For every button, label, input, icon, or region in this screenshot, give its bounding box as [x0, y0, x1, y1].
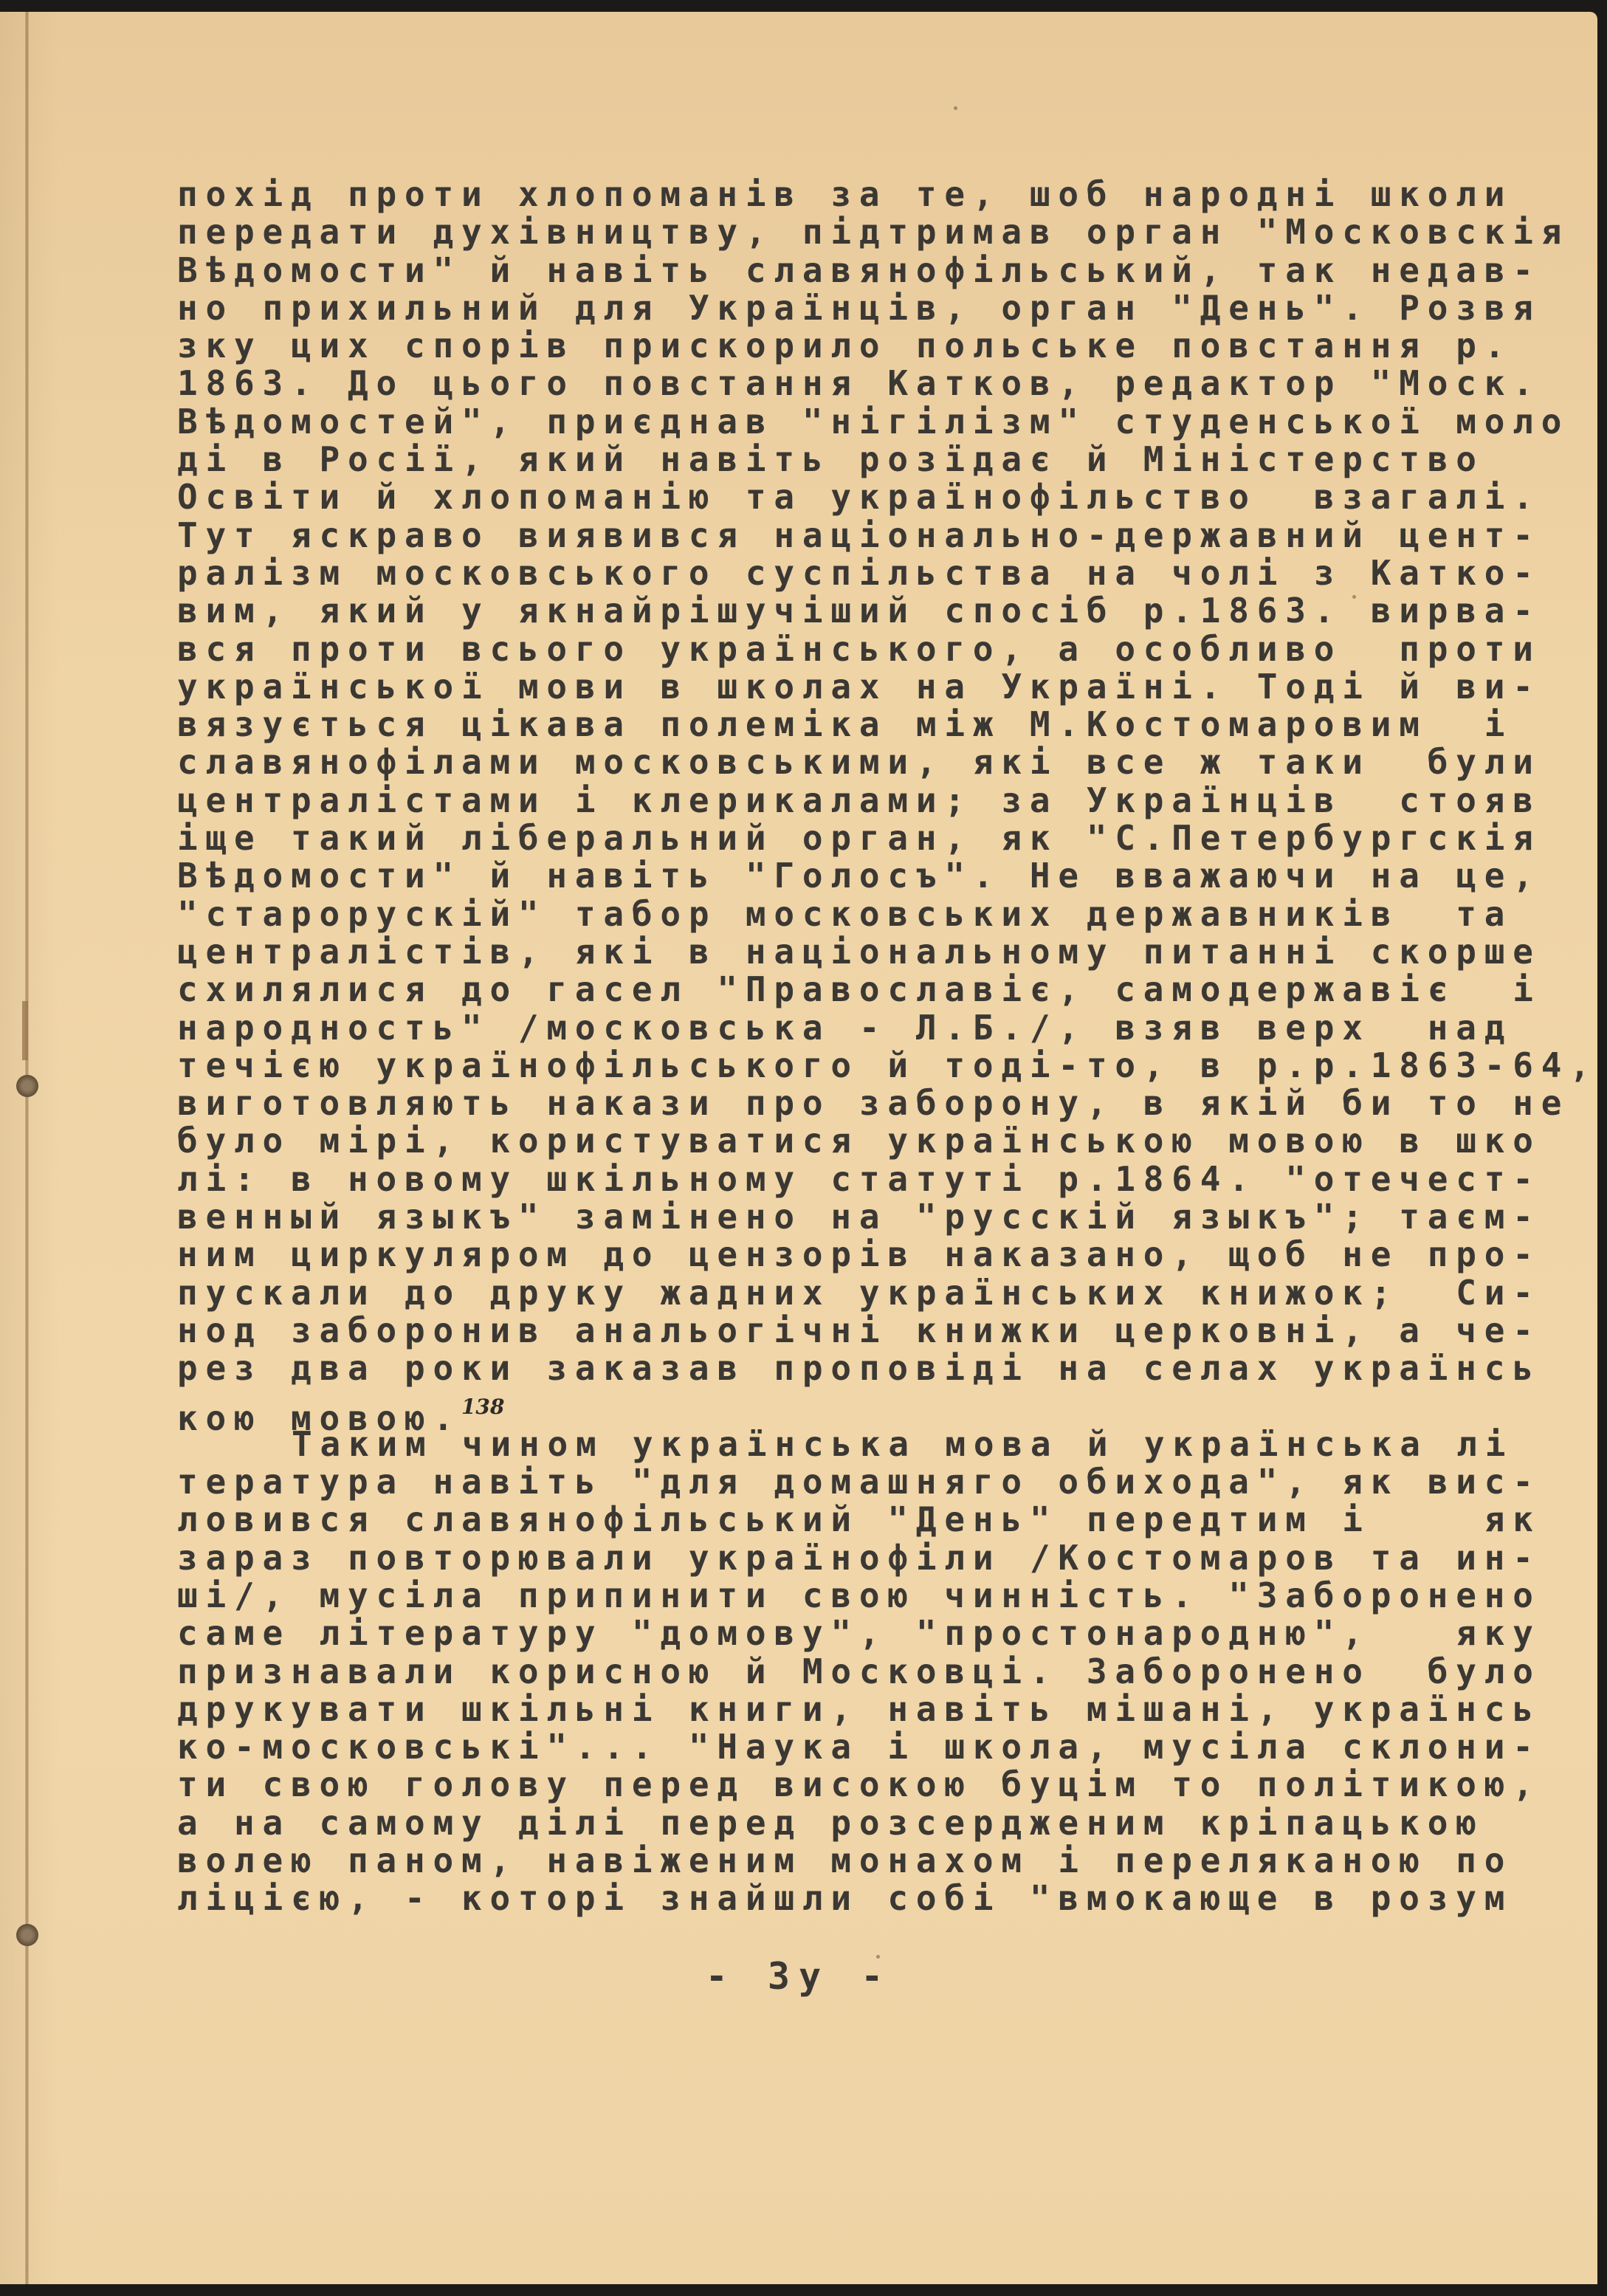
text-line-content: ралізм московського суспільства на чолі …	[177, 553, 1541, 593]
text-line-content: зараз повторювали українофіли /Костомаро…	[177, 1538, 1541, 1578]
text-line: течією українофільського й тоді-то, в р.…	[177, 1047, 1403, 1085]
text-line-content: волею паном, навіженим монахом і переляк…	[177, 1840, 1513, 1880]
text-line-content: Вѣдомости" й навіть славянофільський, та…	[177, 250, 1541, 290]
text-line-content: схилялися до гасел "Православіє, самодер…	[177, 969, 1541, 1009]
text-line-content: а на самому ділі перед розсердженим кріп…	[177, 1803, 1484, 1843]
text-line-content: саме літературу "домову", "простонародню…	[177, 1613, 1541, 1653]
text-line: лі: в новому шкільному статуті р.1864. "…	[177, 1161, 1403, 1198]
text-line: було мірі, користуватися українською мов…	[177, 1122, 1403, 1160]
text-line-content: ти свою голову перед високою буцім то по…	[177, 1764, 1541, 1804]
text-line-content: централістами і клерикалами; за Українці…	[177, 780, 1541, 820]
text-line-content: ним циркуляром до цензорів наказано, щоб…	[177, 1234, 1541, 1274]
text-line: признавали корисною й Московці. Забороне…	[177, 1653, 1403, 1691]
text-line: ді в Росії, який навіть розїдає й Мініст…	[177, 441, 1403, 478]
text-line-content: 1863. До цього повстання Катков, редакто…	[177, 363, 1541, 403]
text-line: Вѣдомости" й навіть славянофільський, та…	[177, 252, 1403, 289]
text-line-content: було мірі, користуватися українською мов…	[177, 1121, 1541, 1161]
text-line: виготовляють накази про заборону, в якій…	[177, 1085, 1403, 1122]
text-line: пускали до друку жадних українських книж…	[177, 1274, 1403, 1312]
text-line-content: но прихильний для Українців, орган "День…	[177, 288, 1541, 328]
text-line: народность" /московська - Л.Б./, взяв ве…	[177, 1009, 1403, 1047]
text-line: тература навіть "для домашняго обихода",…	[177, 1463, 1403, 1501]
text-line-content: друкувати шкільні книги, навіть мішані, …	[177, 1689, 1541, 1729]
text-line-content: славянофілами московськими, які все ж та…	[177, 742, 1541, 782]
text-line: іще такий ліберальний орган, як "С.Петер…	[177, 819, 1403, 857]
binding-stain	[22, 1001, 28, 1060]
text-line-content: народность" /московська - Л.Б./, взяв ве…	[177, 1008, 1513, 1048]
text-line-content: похід проти хлопоманів за те, шоб народн…	[177, 174, 1513, 214]
text-line-content: вязується цікава полеміка між М.Костомар…	[177, 704, 1513, 744]
page-number: - 3у -	[0, 1955, 1597, 1998]
text-line: но прихильний для Українців, орган "День…	[177, 289, 1403, 327]
text-line-content: ко-московські"... "Наука і школа, мусіла…	[177, 1727, 1541, 1767]
text-line-content: признавали корисною й Московці. Забороне…	[177, 1651, 1541, 1691]
text-line: вся проти всього українського, а особлив…	[177, 630, 1403, 668]
text-line: ним циркуляром до цензорів наказано, щоб…	[177, 1236, 1403, 1274]
text-line: Вѣдомости" й навіть "Голосъ". Не вважаюч…	[177, 857, 1403, 895]
text-line-content: ліцією, - которі знайшли собі "вмокающе …	[177, 1878, 1513, 1918]
text-line-content: вся проти всього українського, а особлив…	[177, 629, 1541, 669]
text-line: славянофілами московськими, які все ж та…	[177, 743, 1403, 781]
text-line-content: іще такий ліберальний орган, як "С.Петер…	[177, 818, 1541, 858]
text-line: нод заборонив анальогічні книжки церковн…	[177, 1312, 1403, 1350]
text-line: зку цих спорів прискорило польське повст…	[177, 327, 1403, 365]
text-line: зараз повторювали українофіли /Костомаро…	[177, 1539, 1403, 1577]
text-line-content: течією українофільського й тоді-то, в р.…	[177, 1045, 1607, 1085]
footnote-reference: 138	[461, 1395, 504, 1419]
text-line-content: централістів, які в національному питанн…	[177, 932, 1541, 972]
text-line: української мови в школах на Україні. То…	[177, 668, 1403, 706]
text-line-content: венный языкъ" замінено на "русскій языкъ…	[177, 1197, 1541, 1237]
text-line-content: Таким чином українська мова й українська…	[292, 1424, 1513, 1464]
text-line: саме літературу "домову", "простонародню…	[177, 1615, 1403, 1652]
paper-speck	[954, 106, 957, 110]
text-line-content: рез два роки заказав проповіді на селах …	[177, 1348, 1541, 1388]
text-line: ралізм московського суспільства на чолі …	[177, 554, 1403, 592]
text-line: друкувати шкільні книги, навіть мішані, …	[177, 1691, 1403, 1728]
text-line: передати духівництву, підтримав орган "М…	[177, 213, 1403, 251]
text-line-content: передати духівництву, підтримав орган "М…	[177, 212, 1569, 252]
text-line-content: пускали до друку жадних українських книж…	[177, 1273, 1541, 1313]
text-line: Тут яскраво виявився національно-державн…	[177, 517, 1403, 554]
text-line-content: Освіти й хлопоманію та українофільство в…	[177, 477, 1541, 517]
text-line-content: нод заборонив анальогічні книжки церковн…	[177, 1310, 1541, 1350]
text-line-content: Вѣдомостей", приєднав "нігілізм" студенс…	[177, 402, 1569, 441]
text-line-content: виготовляють накази про заборону, в якій…	[177, 1083, 1569, 1123]
text-line: Освіти й хлопоманію та українофільство в…	[177, 478, 1403, 516]
text-line-content: Тут яскраво виявився національно-державн…	[177, 515, 1541, 555]
text-line-content: тература навіть "для домашняго обихода",…	[177, 1462, 1541, 1502]
text-line: вим, який у якнайрішучіший спосіб р.1863…	[177, 592, 1403, 630]
text-line: ліцією, - которі знайшли собі "вмокающе …	[177, 1880, 1403, 1917]
text-line: централістами і клерикалами; за Українці…	[177, 782, 1403, 819]
text-line: 1863. До цього повстання Катков, редакто…	[177, 365, 1403, 402]
text-line: централістів, які в національному питанн…	[177, 933, 1403, 971]
text-line-content: "старорускій" табор московських державни…	[177, 894, 1513, 934]
text-line-content: лі: в новому шкільному статуті р.1864. "…	[177, 1159, 1541, 1199]
text-line: Таким чином українська мова й українська…	[177, 1426, 1403, 1463]
document-page: похід проти хлопоманів за те, шоб народн…	[0, 12, 1597, 2284]
text-line-content: вим, який у якнайрішучіший спосіб р.1863…	[177, 591, 1541, 630]
text-line: венный языкъ" замінено на "русскій языкъ…	[177, 1198, 1403, 1236]
text-line-content: ді в Росії, який навіть розїдає й Мініст…	[177, 439, 1484, 479]
text-line: ко-московські"... "Наука і школа, мусіла…	[177, 1728, 1403, 1766]
text-line: а на самому ділі перед розсердженим кріп…	[177, 1804, 1403, 1842]
text-line: схилялися до гасел "Православіє, самодер…	[177, 971, 1403, 1008]
text-line: ші/, мусіла припинити свою чинність. "За…	[177, 1577, 1403, 1615]
text-line: кою мовою.138	[177, 1388, 1403, 1426]
text-line: ти свою голову перед високою буцім то по…	[177, 1766, 1403, 1804]
text-line: рез два роки заказав проповіді на селах …	[177, 1350, 1403, 1387]
text-line: "старорускій" табор московських державни…	[177, 896, 1403, 933]
text-line: вязується цікава полеміка між М.Костомар…	[177, 706, 1403, 743]
typewritten-body-text: похід проти хлопоманів за те, шоб народн…	[177, 176, 1403, 1918]
binding-hole-icon	[16, 1075, 38, 1097]
binding-hole-icon	[16, 1924, 38, 1946]
text-line: Вѣдомостей", приєднав "нігілізм" студенс…	[177, 403, 1403, 441]
text-line-content: зку цих спорів прискорило польське повст…	[177, 326, 1513, 365]
text-line-content: ловився славянофільський "День" передтим…	[177, 1499, 1541, 1539]
text-line: ловився славянофільський "День" передтим…	[177, 1501, 1403, 1539]
text-line: волею паном, навіженим монахом і переляк…	[177, 1842, 1403, 1880]
text-line-content: Вѣдомости" й навіть "Голосъ". Не вважаюч…	[177, 856, 1541, 896]
text-line: похід проти хлопоманів за те, шоб народн…	[177, 176, 1403, 213]
text-line-content: української мови в школах на Україні. То…	[177, 667, 1541, 707]
text-line-content: ші/, мусіла припинити свою чинність. "За…	[177, 1575, 1541, 1615]
